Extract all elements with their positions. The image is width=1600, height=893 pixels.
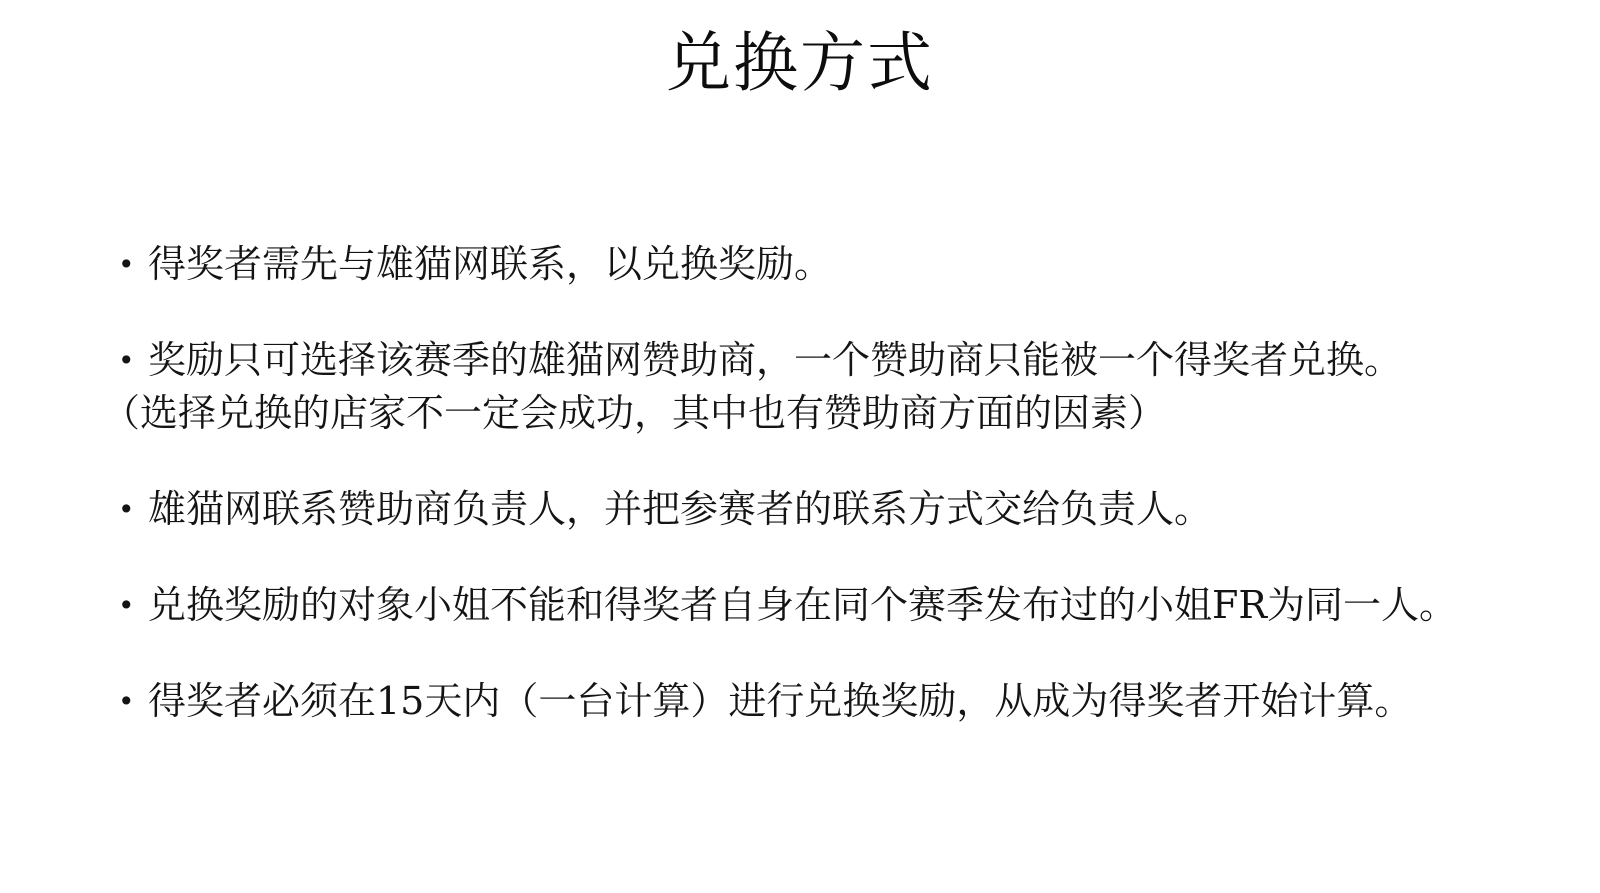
bullet-marker: • (118, 675, 148, 728)
bullet-line: 兑换奖励的对象小姐不能和得奖者自身在同个赛季发布过的小姐FR为同一人。 (148, 579, 1518, 632)
bullet-line: 得奖者需先与雄猫网联系，以兑换奖励。 (148, 238, 1518, 291)
bullet-list: • 得奖者需先与雄猫网联系，以兑换奖励。 • 奖励只可选择该赛季的雄猫网赞助商，… (118, 238, 1518, 771)
bullet-marker: • (118, 483, 148, 536)
bullet-item-2: • 奖励只可选择该赛季的雄猫网赞助商，一个赞助商只能被一个得奖者兑换。 （选择兑… (118, 334, 1518, 440)
bullet-line-continuation: （选择兑换的店家不一定会成功，其中也有赞助商方面的因素） (102, 387, 1518, 440)
bullet-item-5: • 得奖者必须在15天内（一台计算）进行兑换奖励，从成为得奖者开始计算。 (118, 675, 1518, 728)
bullet-text: 得奖者需先与雄猫网联系，以兑换奖励。 (148, 238, 1518, 291)
bullet-line: 奖励只可选择该赛季的雄猫网赞助商，一个赞助商只能被一个得奖者兑换。 (148, 334, 1518, 387)
bullet-line: 雄猫网联系赞助商负责人，并把参赛者的联系方式交给负责人。 (148, 483, 1518, 536)
slide: 兑换方式 • 得奖者需先与雄猫网联系，以兑换奖励。 • 奖励只可选择该赛季的雄猫… (0, 0, 1600, 893)
bullet-text: 雄猫网联系赞助商负责人，并把参赛者的联系方式交给负责人。 (148, 483, 1518, 536)
bullet-text: 兑换奖励的对象小姐不能和得奖者自身在同个赛季发布过的小姐FR为同一人。 (148, 579, 1518, 632)
bullet-text: 得奖者必须在15天内（一台计算）进行兑换奖励，从成为得奖者开始计算。 (148, 675, 1518, 728)
bullet-marker: • (118, 579, 148, 632)
bullet-marker: • (118, 334, 148, 387)
bullet-line: 得奖者必须在15天内（一台计算）进行兑换奖励，从成为得奖者开始计算。 (148, 675, 1518, 728)
bullet-item-4: • 兑换奖励的对象小姐不能和得奖者自身在同个赛季发布过的小姐FR为同一人。 (118, 579, 1518, 632)
bullet-marker: • (118, 238, 148, 291)
bullet-item-1: • 得奖者需先与雄猫网联系，以兑换奖励。 (118, 238, 1518, 291)
bullet-item-3: • 雄猫网联系赞助商负责人，并把参赛者的联系方式交给负责人。 (118, 483, 1518, 536)
bullet-text: 奖励只可选择该赛季的雄猫网赞助商，一个赞助商只能被一个得奖者兑换。 （选择兑换的… (148, 334, 1518, 440)
slide-title: 兑换方式 (0, 22, 1600, 106)
